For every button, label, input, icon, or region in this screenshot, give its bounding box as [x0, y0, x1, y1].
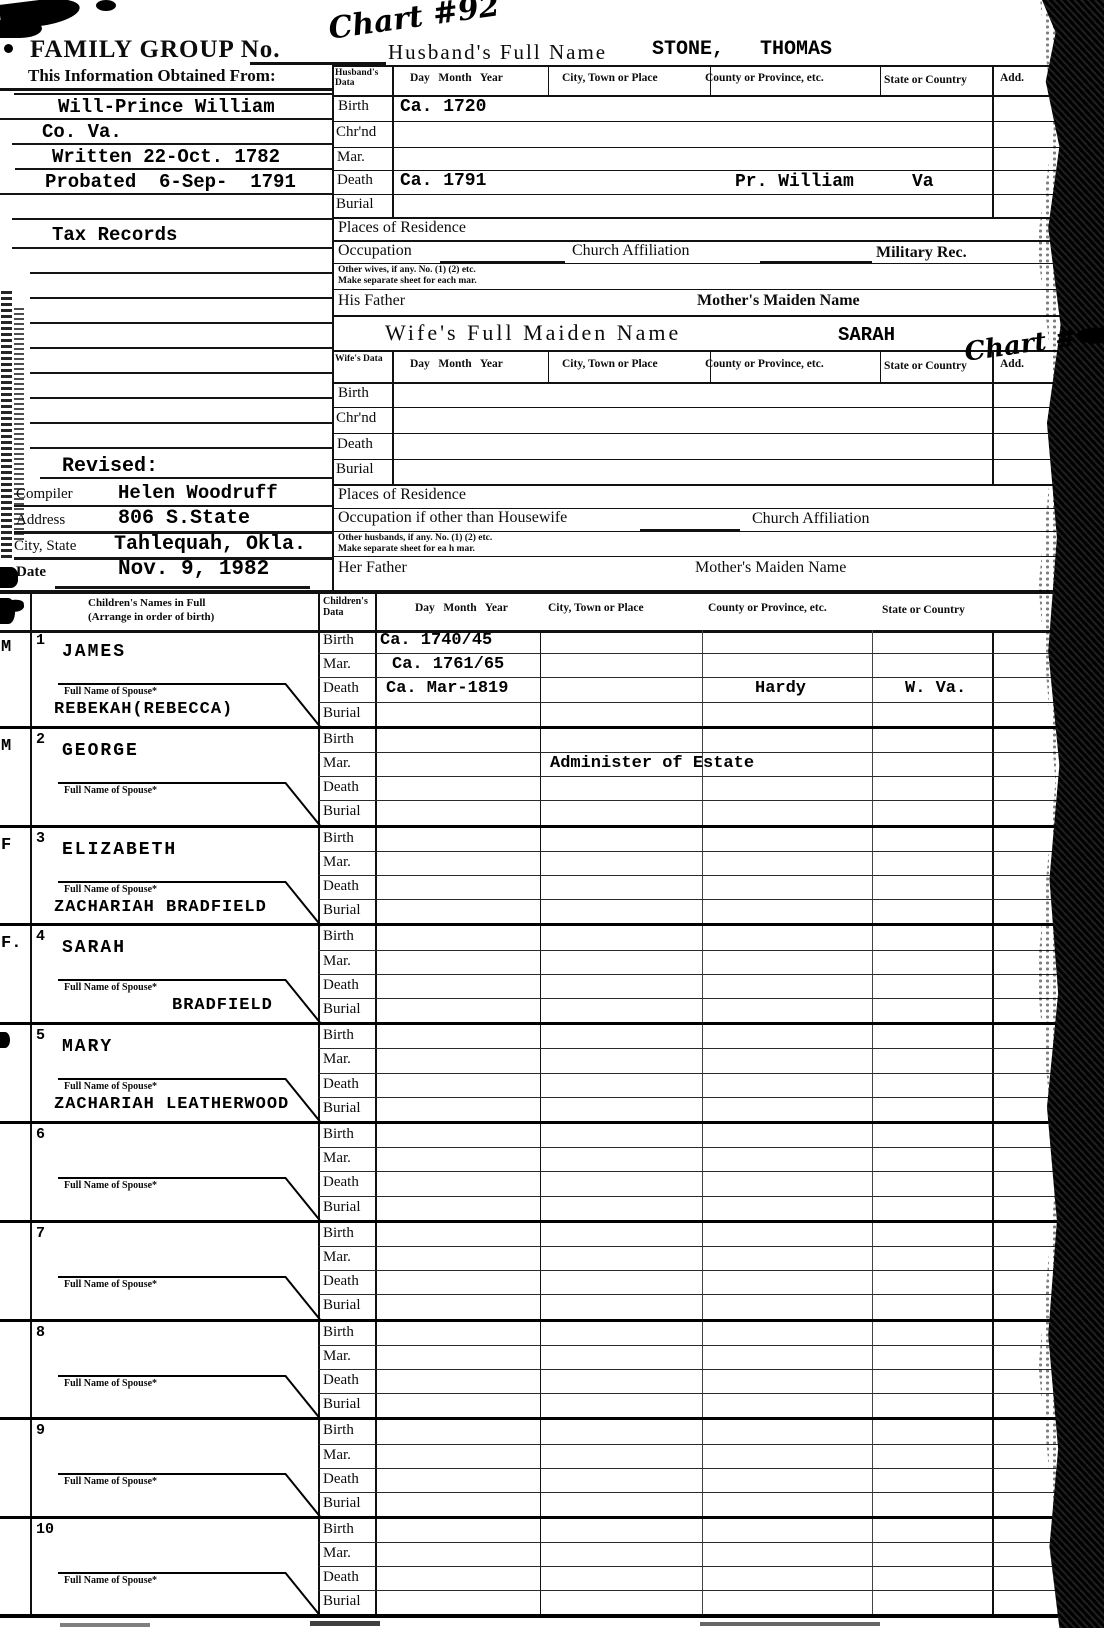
ruled-line: [30, 272, 332, 274]
spouse-label: Full Name of Spouse*: [64, 1575, 157, 1586]
child-sex: M: [1, 737, 11, 756]
husband-places-label: Places of Residence: [338, 219, 466, 237]
ruled-line: [30, 422, 332, 424]
child-birth-row: Birth: [318, 1420, 1104, 1444]
child-sex: M: [1, 638, 11, 657]
spouse-label: Full Name of Spouse*: [64, 785, 157, 796]
husband-death-state: Va: [912, 172, 934, 192]
child-birth-row: Birth: [318, 926, 1104, 950]
child-birth-row: Birth: [318, 729, 1104, 753]
children-names-header: Children's Names in Full (Arrange in ord…: [88, 596, 214, 624]
death-label: Death: [323, 878, 359, 895]
death-label: Death: [323, 1569, 359, 1586]
birth-label: Birth: [323, 928, 354, 945]
mar-label: Mar.: [323, 1249, 351, 1266]
wife-chart-note-text: Chart #: [963, 322, 1079, 367]
family-group-sheet: Chart #92 FAMILY GROUP No. Husband's Ful…: [0, 0, 1104, 1628]
child-number: 2: [36, 731, 45, 748]
child-death-row: Death: [318, 1074, 1104, 1098]
burial-label: Burial: [323, 1495, 361, 1512]
left-margin-print-artifact: [1, 288, 12, 558]
grid-line: [332, 556, 1104, 557]
child-burial-row: Burial: [318, 900, 1104, 923]
child-name: SARAH: [62, 938, 126, 958]
wife-chrnd-label: Chr'nd: [336, 410, 376, 427]
husband-church-label: Church Affiliation: [572, 242, 689, 260]
spouse-diagonal-line: [284, 782, 321, 828]
sex-column-header-smudge: [1, 599, 24, 613]
address-label: Address: [16, 512, 65, 529]
ruled-line: [15, 168, 332, 170]
child-death-row: Death: [318, 1172, 1104, 1196]
child-birth-row: Birth: [318, 1519, 1104, 1543]
ruled-line: [30, 372, 332, 374]
city-state-value: Tahlequah, Okla.: [114, 533, 306, 556]
ruled-line: [30, 447, 332, 449]
child-birth-row: Birth: [318, 1322, 1104, 1346]
ruled-line: [30, 322, 332, 324]
child-burial-row: Burial: [318, 703, 1104, 726]
scan-artifact: [60, 1623, 150, 1627]
child-burial-row: Burial: [318, 801, 1104, 824]
child-mar-date: Ca. 1761/65: [392, 655, 504, 674]
grid-line: [332, 531, 1104, 532]
grid-line: [332, 194, 1104, 195]
spouse-label: Full Name of Spouse*: [64, 686, 157, 697]
children-names-header-line2: (Arrange in order of birth): [88, 610, 214, 624]
county-col-header: County or Province, etc.: [708, 602, 827, 614]
husband-birth-label: Birth: [338, 98, 369, 115]
child-mar-row: Mar.: [318, 1247, 1104, 1271]
grid-line: [548, 350, 549, 382]
birth-label: Birth: [323, 830, 354, 847]
child-sex: F: [1, 836, 11, 855]
husband-military-label: Military Rec.: [876, 244, 967, 262]
grid-line: [392, 65, 394, 217]
wife-burial-label: Burial: [336, 461, 374, 478]
wife-other-husbands-note: Other husbands, if any. No. (1) (2) etc.…: [338, 533, 492, 554]
birth-label: Birth: [323, 1225, 354, 1242]
husband-other-wives-note: Other wives, if any. No. (1) (2) etc. Ma…: [338, 265, 477, 286]
child-birth-date: Ca. 1740/45: [380, 631, 492, 650]
child-mar-row: Mar.: [318, 1346, 1104, 1370]
child-data-rows: Birth Mar. Death Burial: [318, 1223, 1104, 1319]
grid-line: [992, 65, 994, 217]
scan-artifact: [96, 0, 116, 11]
child-burial-row: Burial: [318, 1197, 1104, 1220]
husband-birth-date: Ca. 1720: [400, 97, 486, 117]
child-number: 10: [36, 1521, 54, 1538]
grid-line: [0, 88, 332, 91]
child-data-rows: Birth Mar. Administer of Estate Death Bu…: [318, 729, 1104, 825]
child-data-rows: Birth Mar. Death Burial: [318, 828, 1104, 924]
ruled-line: [40, 477, 332, 479]
wife-data-col-label: Wife's Data: [335, 354, 385, 364]
revised-label: Revised:: [62, 455, 158, 478]
child-number: 8: [36, 1324, 45, 1341]
child-spouse-name: ZACHARIAH LEATHERWOOD: [54, 1095, 289, 1114]
grid-line: [332, 65, 1104, 67]
child-name: JAMES: [62, 642, 126, 662]
compiler-value: Helen Woodruff: [118, 482, 278, 504]
state-col-header: State or Country: [884, 74, 967, 86]
child-death-state: W. Va.: [905, 679, 966, 698]
child-number: 5: [36, 1027, 45, 1044]
wife-occupation-label: Occupation if other than Housewife: [338, 509, 567, 527]
grid-line: [392, 350, 394, 484]
child-mar-note: Administer of Estate: [550, 754, 754, 773]
child-death-row: Death: [318, 777, 1104, 801]
child-data-rows: Birth Ca. 1740/45 Mar. Ca. 1761/65 Death…: [318, 630, 1104, 726]
spouse-label: Full Name of Spouse*: [64, 1378, 157, 1389]
husband-chrnd-label: Chr'nd: [336, 124, 376, 141]
death-label: Death: [323, 1076, 359, 1093]
date-value: Nov. 9, 1982: [118, 558, 269, 581]
county-col-header: County or Province, etc.: [705, 72, 824, 84]
child-burial-row: Burial: [318, 1295, 1104, 1318]
spouse-line: [58, 683, 286, 685]
add-col-header: Add.: [1000, 72, 1024, 84]
child-row: 6 Full Name of Spouse* Birth Mar. Death: [0, 1124, 1104, 1223]
ruled-line: [30, 397, 332, 399]
death-label: Death: [323, 1273, 359, 1290]
county-col-header: County or Province, etc.: [705, 358, 824, 370]
ruled-line: [12, 143, 332, 145]
wife-church-label: Church Affiliation: [752, 510, 869, 528]
child-row: 5 MARY Full Name of Spouse* ZACHARIAH LE…: [0, 1025, 1104, 1124]
child-data-rows: Birth Mar. Death Burial: [318, 1322, 1104, 1418]
ruled-line: [12, 247, 332, 249]
spouse-label: Full Name of Spouse*: [64, 982, 157, 993]
grid-line: [332, 240, 1104, 242]
children-table: M 1 JAMES Full Name of Spouse* REBEKAH(R…: [0, 630, 1104, 1618]
birth-label: Birth: [323, 731, 354, 748]
child-burial-row: Burial: [318, 1098, 1104, 1121]
husband-name-value: STONE, THOMAS: [652, 38, 832, 61]
burial-label: Burial: [323, 1001, 361, 1018]
child-data-rows: Birth Mar. Death Burial: [318, 1025, 1104, 1121]
grid-line: [548, 65, 549, 95]
death-label: Death: [323, 1174, 359, 1191]
birth-label: Birth: [323, 1126, 354, 1143]
mar-label: Mar.: [323, 1447, 351, 1464]
spouse-line: [58, 881, 286, 883]
compiler-label: Compiler: [16, 486, 73, 503]
child-birth-row: Birth: [318, 1223, 1104, 1247]
grid-line: [880, 65, 881, 95]
spouse-line: [58, 1078, 286, 1080]
birth-label: Birth: [323, 632, 354, 649]
child-name: MARY: [62, 1037, 113, 1057]
child-data-rows: Birth Mar. Death Burial: [318, 926, 1104, 1022]
child-death-row: Death: [318, 975, 1104, 999]
grid-line: [332, 65, 334, 592]
source-entry: Tax Records: [52, 224, 177, 246]
husband-burial-label: Burial: [336, 196, 374, 213]
child-row: M 2 GEORGE Full Name of Spouse* Birth Ma…: [0, 729, 1104, 828]
wife-places-label: Places of Residence: [338, 486, 466, 504]
address-value: 806 S.State: [118, 507, 250, 530]
spouse-diagonal-line: [284, 979, 321, 1025]
mar-label: Mar.: [323, 1348, 351, 1365]
husband-mar-label: Mar.: [337, 149, 365, 166]
wife-mother-maiden-label: Mother's Maiden Name: [695, 559, 846, 577]
child-death-row: Death Ca. Mar-1819 Hardy W. Va.: [318, 678, 1104, 702]
child-mar-row: Mar. Administer of Estate: [318, 753, 1104, 777]
child-row: 8 Full Name of Spouse* Birth Mar. Death: [0, 1322, 1104, 1421]
spouse-diagonal-line: [284, 1473, 321, 1519]
grid-line: [332, 263, 1104, 264]
death-label: Death: [323, 680, 359, 697]
spouse-diagonal-line: [284, 1572, 321, 1618]
other-wives-line2: Make separate sheet for each mar.: [338, 276, 477, 287]
other-wives-line1: Other wives, if any. No. (1) (2) etc.: [338, 265, 477, 276]
mar-label: Mar.: [323, 953, 351, 970]
spouse-diagonal-line: [284, 1177, 321, 1223]
child-number: 1: [36, 632, 45, 649]
city-col-header: City, Town or Place: [548, 602, 644, 614]
spouse-line: [58, 1572, 286, 1574]
children-names-header-line1: Children's Names in Full: [88, 596, 214, 610]
death-label: Death: [323, 977, 359, 994]
ruled-line: [0, 118, 332, 120]
day-month-year-header: Day Month Year: [410, 358, 503, 370]
spouse-line: [58, 1276, 286, 1278]
date-label: Date: [16, 564, 46, 581]
death-label: Death: [323, 1372, 359, 1389]
mar-label: Mar.: [323, 854, 351, 871]
child-spouse-name: ZACHARIAH BRADFIELD: [54, 898, 267, 917]
child-number: 6: [36, 1126, 45, 1143]
grid-line: [14, 93, 332, 95]
child-death-date: Ca. Mar-1819: [386, 679, 508, 698]
child-row: F 3 ELIZABETH Full Name of Spouse* ZACHA…: [0, 828, 1104, 927]
child-death-row: Death: [318, 1271, 1104, 1295]
child-mar-row: Mar.: [318, 1049, 1104, 1073]
scan-artifact: [4, 44, 13, 53]
spouse-label: Full Name of Spouse*: [64, 1476, 157, 1487]
husband-death-date: Ca. 1791: [400, 171, 486, 191]
child-number: 3: [36, 830, 45, 847]
spouse-diagonal-line: [284, 1276, 321, 1322]
ruled-line: [30, 297, 332, 299]
birth-label: Birth: [323, 1324, 354, 1341]
child-number: 9: [36, 1422, 45, 1439]
other-husbands-line1: Other husbands, if any. No. (1) (2) etc.: [338, 533, 492, 544]
source-entry: Will-Prince William: [58, 96, 275, 118]
child-death-row: Death: [318, 1370, 1104, 1394]
child-name: ELIZABETH: [62, 840, 177, 860]
burial-label: Burial: [323, 902, 361, 919]
wife-name-value: SARAH: [838, 324, 895, 346]
child-mar-row: Mar.: [318, 1148, 1104, 1172]
grid-line: [332, 289, 1104, 290]
city-state-label: City, State: [14, 538, 76, 555]
spouse-diagonal-line: [284, 881, 321, 927]
source-entry: Co. Va.: [42, 121, 122, 143]
ruled-line: [55, 586, 310, 589]
child-birth-row: Birth: [318, 1124, 1104, 1148]
husband-data-col-label: Husband's Data: [335, 68, 391, 88]
husband-occupation-label: Occupation: [338, 242, 412, 260]
burial-label: Burial: [323, 803, 361, 820]
child-burial-row: Burial: [318, 1493, 1104, 1516]
husband-name-label: Husband's Full Name: [388, 40, 607, 65]
source-entry: Probated 6-Sep- 1791: [45, 171, 296, 193]
spouse-label: Full Name of Spouse*: [64, 884, 157, 895]
child-mar-row: Mar. Ca. 1761/65: [318, 654, 1104, 678]
child-death-row: Death: [318, 1469, 1104, 1493]
child-name: GEORGE: [62, 741, 139, 761]
birth-label: Birth: [323, 1422, 354, 1439]
other-husbands-line2: Make separate sheet for ea h mar.: [338, 544, 492, 555]
child-data-rows: Birth Mar. Death Burial: [318, 1420, 1104, 1516]
source-entry: Written 22-Oct. 1782: [52, 146, 280, 168]
spouse-line: [58, 979, 286, 981]
child-mar-row: Mar.: [318, 1543, 1104, 1567]
burial-label: Burial: [323, 1100, 361, 1117]
wife-death-label: Death: [337, 436, 373, 453]
child-burial-row: Burial: [318, 1394, 1104, 1417]
child-spouse-name: BRADFIELD: [172, 996, 273, 1015]
child-birth-row: Birth: [318, 1025, 1104, 1049]
child-number: 7: [36, 1225, 45, 1242]
spouse-line: [58, 1375, 286, 1377]
city-col-header: City, Town or Place: [562, 72, 658, 84]
mar-label: Mar.: [323, 656, 351, 673]
grid-line: [332, 433, 1104, 434]
child-row: 7 Full Name of Spouse* Birth Mar. Death: [0, 1223, 1104, 1322]
city-col-header: City, Town or Place: [562, 358, 658, 370]
ruled-line: [0, 193, 332, 195]
day-month-year-header: Day Month Year: [415, 602, 508, 614]
child-sex: F.: [1, 934, 21, 953]
grid-line: [332, 407, 1104, 408]
scan-artifact: [310, 1621, 380, 1626]
ruled-line: [12, 218, 332, 220]
birth-label: Birth: [323, 1521, 354, 1538]
spouse-line: [58, 782, 286, 784]
child-data-rows: Birth Mar. Death Burial: [318, 1124, 1104, 1220]
child-birth-row: Birth Ca. 1740/45: [318, 630, 1104, 654]
burial-label: Burial: [323, 1199, 361, 1216]
ruled-line: [30, 347, 332, 349]
child-mar-row: Mar.: [318, 852, 1104, 876]
child-death-row: Death: [318, 1567, 1104, 1591]
burial-label: Burial: [323, 1297, 361, 1314]
sources-title: This Information Obtained From:: [28, 66, 276, 86]
child-row: M 1 JAMES Full Name of Spouse* REBEKAH(R…: [0, 630, 1104, 729]
child-burial-row: Burial: [318, 1591, 1104, 1614]
spouse-label: Full Name of Spouse*: [64, 1279, 157, 1290]
her-father-label: Her Father: [338, 559, 407, 577]
spouse-line: [58, 1473, 286, 1475]
grid-line: [880, 350, 881, 382]
child-spouse-name: REBEKAH(REBECCA): [54, 700, 233, 719]
child-row: 10 Full Name of Spouse* Birth Mar. Death: [0, 1519, 1104, 1618]
child-burial-row: Burial: [318, 999, 1104, 1022]
grid-line: [332, 147, 1104, 148]
grid-line: [332, 121, 1104, 122]
mar-label: Mar.: [323, 1545, 351, 1562]
spouse-line: [58, 1177, 286, 1179]
child-birth-row: Birth: [318, 828, 1104, 852]
his-father-label: His Father: [338, 292, 405, 310]
burial-label: Burial: [323, 1593, 361, 1610]
form-title: FAMILY GROUP No.: [30, 36, 281, 64]
spouse-label: Full Name of Spouse*: [64, 1081, 157, 1092]
husband-mother-maiden-label: Mother's Maiden Name: [697, 292, 860, 310]
mar-label: Mar.: [323, 755, 351, 772]
mar-label: Mar.: [323, 1150, 351, 1167]
burial-label: Burial: [323, 705, 361, 722]
husband-death-label: Death: [337, 172, 373, 189]
child-data-rows: Birth Mar. Death Burial: [318, 1519, 1104, 1614]
spouse-diagonal-line: [284, 1375, 321, 1421]
child-death-county: Hardy: [755, 679, 806, 698]
child-mar-row: Mar.: [318, 951, 1104, 975]
burial-label: Burial: [323, 1396, 361, 1413]
grid-line: [332, 459, 1104, 460]
scan-artifact: [700, 1622, 880, 1626]
child-row: 9 Full Name of Spouse* Birth Mar. Death: [0, 1420, 1104, 1519]
spouse-diagonal-line: [284, 683, 321, 729]
wife-title: Wife's Full Maiden Name: [385, 320, 681, 346]
spouse-label: Full Name of Spouse*: [64, 1180, 157, 1191]
mar-label: Mar.: [323, 1051, 351, 1068]
grid-line: [0, 590, 1104, 594]
birth-label: Birth: [323, 1027, 354, 1044]
wife-birth-label: Birth: [338, 385, 369, 402]
death-label: Death: [323, 779, 359, 796]
husband-death-county: Pr. William: [735, 172, 854, 192]
state-col-header: State or Country: [882, 604, 965, 616]
children-data-col-label: Children's Data: [323, 596, 375, 618]
day-month-year-header: Day Month Year: [410, 72, 503, 84]
child-number: 4: [36, 928, 45, 945]
child-row: F. 4 SARAH Full Name of Spouse* BRADFIEL…: [0, 926, 1104, 1025]
child-mar-row: Mar.: [318, 1445, 1104, 1469]
wife-chart-note-obscured-digits: [1077, 328, 1104, 344]
child-death-row: Death: [318, 876, 1104, 900]
spouse-diagonal-line: [284, 1078, 321, 1124]
death-label: Death: [323, 1471, 359, 1488]
